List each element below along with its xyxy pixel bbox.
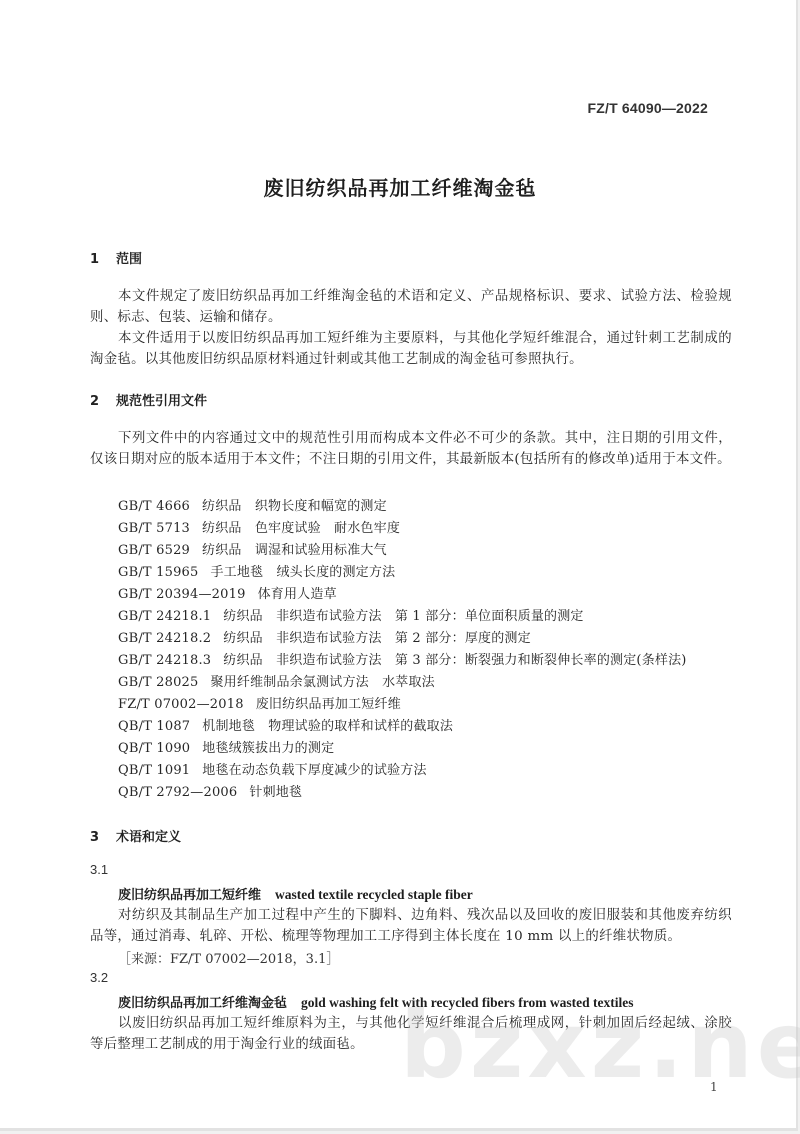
scope-paragraph-1: 本文件规定了废旧纺织品再加工纤维淘金毡的术语和定义、产品规格标识、要求、试验方法…: [90, 286, 732, 328]
reference-item: GB/T 24218.2纺织品 非织造布试验方法 第 2 部分：厚度的测定: [118, 627, 531, 646]
reference-code: GB/T 28025: [118, 675, 198, 690]
term-number: 3.1: [90, 862, 108, 877]
reference-item: FZ/T 07002—2018废旧纺织品再加工短纤维: [118, 693, 401, 712]
reference-item: QB/T 1087机制地毯 物理试验的取样和试样的截取法: [118, 715, 453, 734]
document-page: FZ/T 64090—2022 废旧纺织品再加工纤维淘金毡 1范围 本文件规定了…: [0, 0, 798, 1131]
reference-title: 针刺地毯: [249, 785, 302, 800]
references-intro: 下列文件中的内容通过文中的规范性引用而构成本文件必不可少的条款。其中，注日期的引…: [90, 428, 732, 470]
section-3-heading: 3术语和定义: [90, 826, 181, 845]
page-number: 1: [710, 1080, 718, 1094]
reference-title: 手工地毯 绒头长度的测定方法: [210, 565, 395, 580]
reference-code: GB/T 24218.3: [118, 653, 211, 668]
reference-title: 纺织品 调湿和试验用标准大气: [202, 543, 387, 558]
reference-code: QB/T 1087: [118, 719, 190, 734]
reference-title: 机制地毯 物理试验的取样和试样的截取法: [202, 719, 453, 734]
reference-code: GB/T 24218.1: [118, 609, 211, 624]
reference-item: GB/T 24218.1纺织品 非织造布试验方法 第 1 部分：单位面积质量的测…: [118, 605, 584, 624]
section-title: 规范性引用文件: [116, 394, 207, 409]
scope-paragraph-2: 本文件适用于以废旧纺织品再加工短纤维为主要原料，与其他化学短纤维混合，通过针刺工…: [90, 328, 732, 370]
reference-item: GB/T 6529纺织品 调湿和试验用标准大气: [118, 539, 387, 558]
reference-code: GB/T 20394—2019: [118, 587, 246, 602]
reference-item: GB/T 15965手工地毯 绒头长度的测定方法: [118, 561, 395, 580]
section-number: 1: [90, 252, 116, 267]
reference-item: GB/T 20394—2019体育用人造草: [118, 583, 337, 602]
section-number: 3: [90, 830, 116, 845]
reference-title: 聚用纤维制品余氯测试方法 水萃取法: [210, 675, 434, 690]
reference-item: GB/T 4666纺织品 织物长度和幅宽的测定: [118, 495, 387, 514]
reference-code: GB/T 5713: [118, 521, 190, 536]
reference-title: 废旧纺织品再加工短纤维: [256, 697, 401, 712]
reference-code: QB/T 2792—2006: [118, 785, 237, 800]
reference-title: 纺织品 非织造布试验方法 第 1 部分：单位面积质量的测定: [223, 609, 583, 624]
reference-code: QB/T 1091: [118, 763, 190, 778]
term-zh: 废旧纺织品再加工短纤维: [118, 888, 261, 903]
section-title: 范围: [116, 252, 142, 267]
reference-code: GB/T 4666: [118, 499, 190, 514]
reference-code: FZ/T 07002—2018: [118, 697, 244, 712]
reference-title: 地毯绒簇拔出力的测定: [202, 741, 334, 756]
reference-item: GB/T 28025聚用纤维制品余氯测试方法 水萃取法: [118, 671, 435, 690]
section-number: 2: [90, 394, 116, 409]
reference-title: 纺织品 织物长度和幅宽的测定: [202, 499, 387, 514]
term-heading: 废旧纺织品再加工短纤维wasted textile recycled stapl…: [118, 884, 473, 903]
term-en: wasted textile recycled staple fiber: [275, 887, 473, 902]
term-source: ［来源：FZ/T 07002—2018，3.1］: [118, 948, 339, 967]
term-zh: 废旧纺织品再加工纤维淘金毡: [118, 996, 287, 1011]
term-definition: 对纺织及其制品生产加工过程中产生的下脚料、边角料、残次品以及回收的废旧服装和其他…: [90, 905, 732, 947]
reference-code: GB/T 6529: [118, 543, 190, 558]
section-2-heading: 2规范性引用文件: [90, 390, 207, 409]
reference-title: 纺织品 非织造布试验方法 第 2 部分：厚度的测定: [223, 631, 531, 646]
document-title: 废旧纺织品再加工纤维淘金毡: [0, 172, 800, 201]
reference-code: GB/T 15965: [118, 565, 198, 580]
term-number: 3.2: [90, 970, 108, 985]
reference-title: 地毯在动态负载下厚度减少的试验方法: [202, 763, 426, 778]
reference-title: 体育用人造草: [258, 587, 337, 602]
standard-number: FZ/T 64090—2022: [587, 100, 708, 116]
watermark: bzxz.net: [400, 1000, 800, 1092]
reference-code: GB/T 24218.2: [118, 631, 211, 646]
reference-code: QB/T 1090: [118, 741, 190, 756]
reference-item: QB/T 1090地毯绒簇拔出力的测定: [118, 737, 334, 756]
reference-item: QB/T 1091地毯在动态负载下厚度减少的试验方法: [118, 759, 427, 778]
reference-title: 纺织品 色牢度试验 耐水色牢度: [202, 521, 400, 536]
reference-item: QB/T 2792—2006针刺地毯: [118, 781, 302, 800]
section-1-heading: 1范围: [90, 248, 142, 267]
section-title: 术语和定义: [116, 830, 181, 845]
reference-item: GB/T 5713纺织品 色牢度试验 耐水色牢度: [118, 517, 400, 536]
reference-item: GB/T 24218.3纺织品 非织造布试验方法 第 3 部分：断裂强力和断裂伸…: [118, 649, 687, 668]
reference-title: 纺织品 非织造布试验方法 第 3 部分：断裂强力和断裂伸长率的测定(条样法): [223, 653, 686, 668]
